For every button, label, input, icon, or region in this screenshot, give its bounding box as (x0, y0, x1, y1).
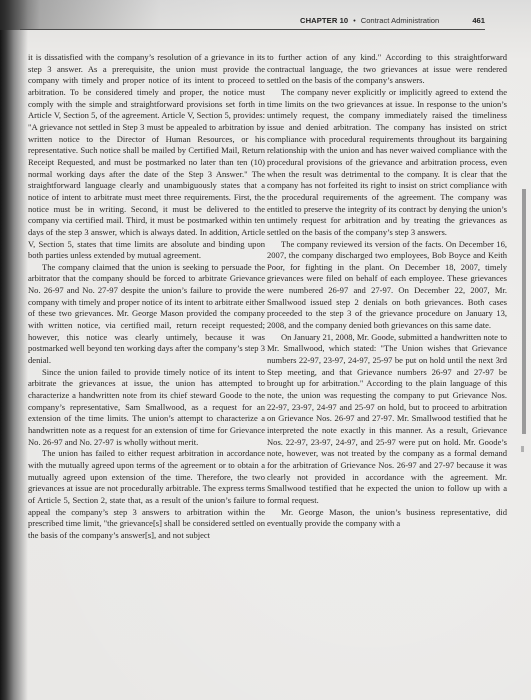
book-page: CHAPTER 10 • Contract Administration 461… (0, 0, 531, 700)
paragraph: it is dissatisfied with the company’s re… (28, 52, 265, 262)
left-column: it is dissatisfied with the company’s re… (28, 52, 265, 542)
paragraph: Since the union failed to provide timely… (28, 367, 265, 449)
paragraph: The company claimed that the union is se… (28, 262, 265, 367)
margin-change-bar (522, 189, 526, 434)
running-header: CHAPTER 10 • Contract Administration 461 (300, 16, 485, 25)
paragraph: On January 21, 2008, Mr. Goode, submitte… (267, 332, 507, 507)
chapter-label: CHAPTER 10 (300, 16, 348, 25)
page-top-shadow (0, 0, 240, 30)
margin-mark (521, 446, 524, 452)
paragraph: The company reviewed its version of the … (267, 239, 507, 332)
bullet-separator-icon: • (353, 18, 355, 25)
paragraph: Mr. George Mason, the union’s business r… (267, 507, 507, 530)
paragraph: The union has failed to either request a… (28, 448, 265, 541)
right-column: to further action of any kind." Accordin… (267, 52, 507, 530)
paragraph: to further action of any kind." Accordin… (267, 52, 507, 87)
section-title: Contract Administration (361, 16, 440, 25)
header-rule (20, 29, 485, 30)
paragraph: The company never explicitly or implicit… (267, 87, 507, 239)
book-spine-shadow (0, 0, 28, 700)
page-number: 461 (472, 16, 485, 25)
